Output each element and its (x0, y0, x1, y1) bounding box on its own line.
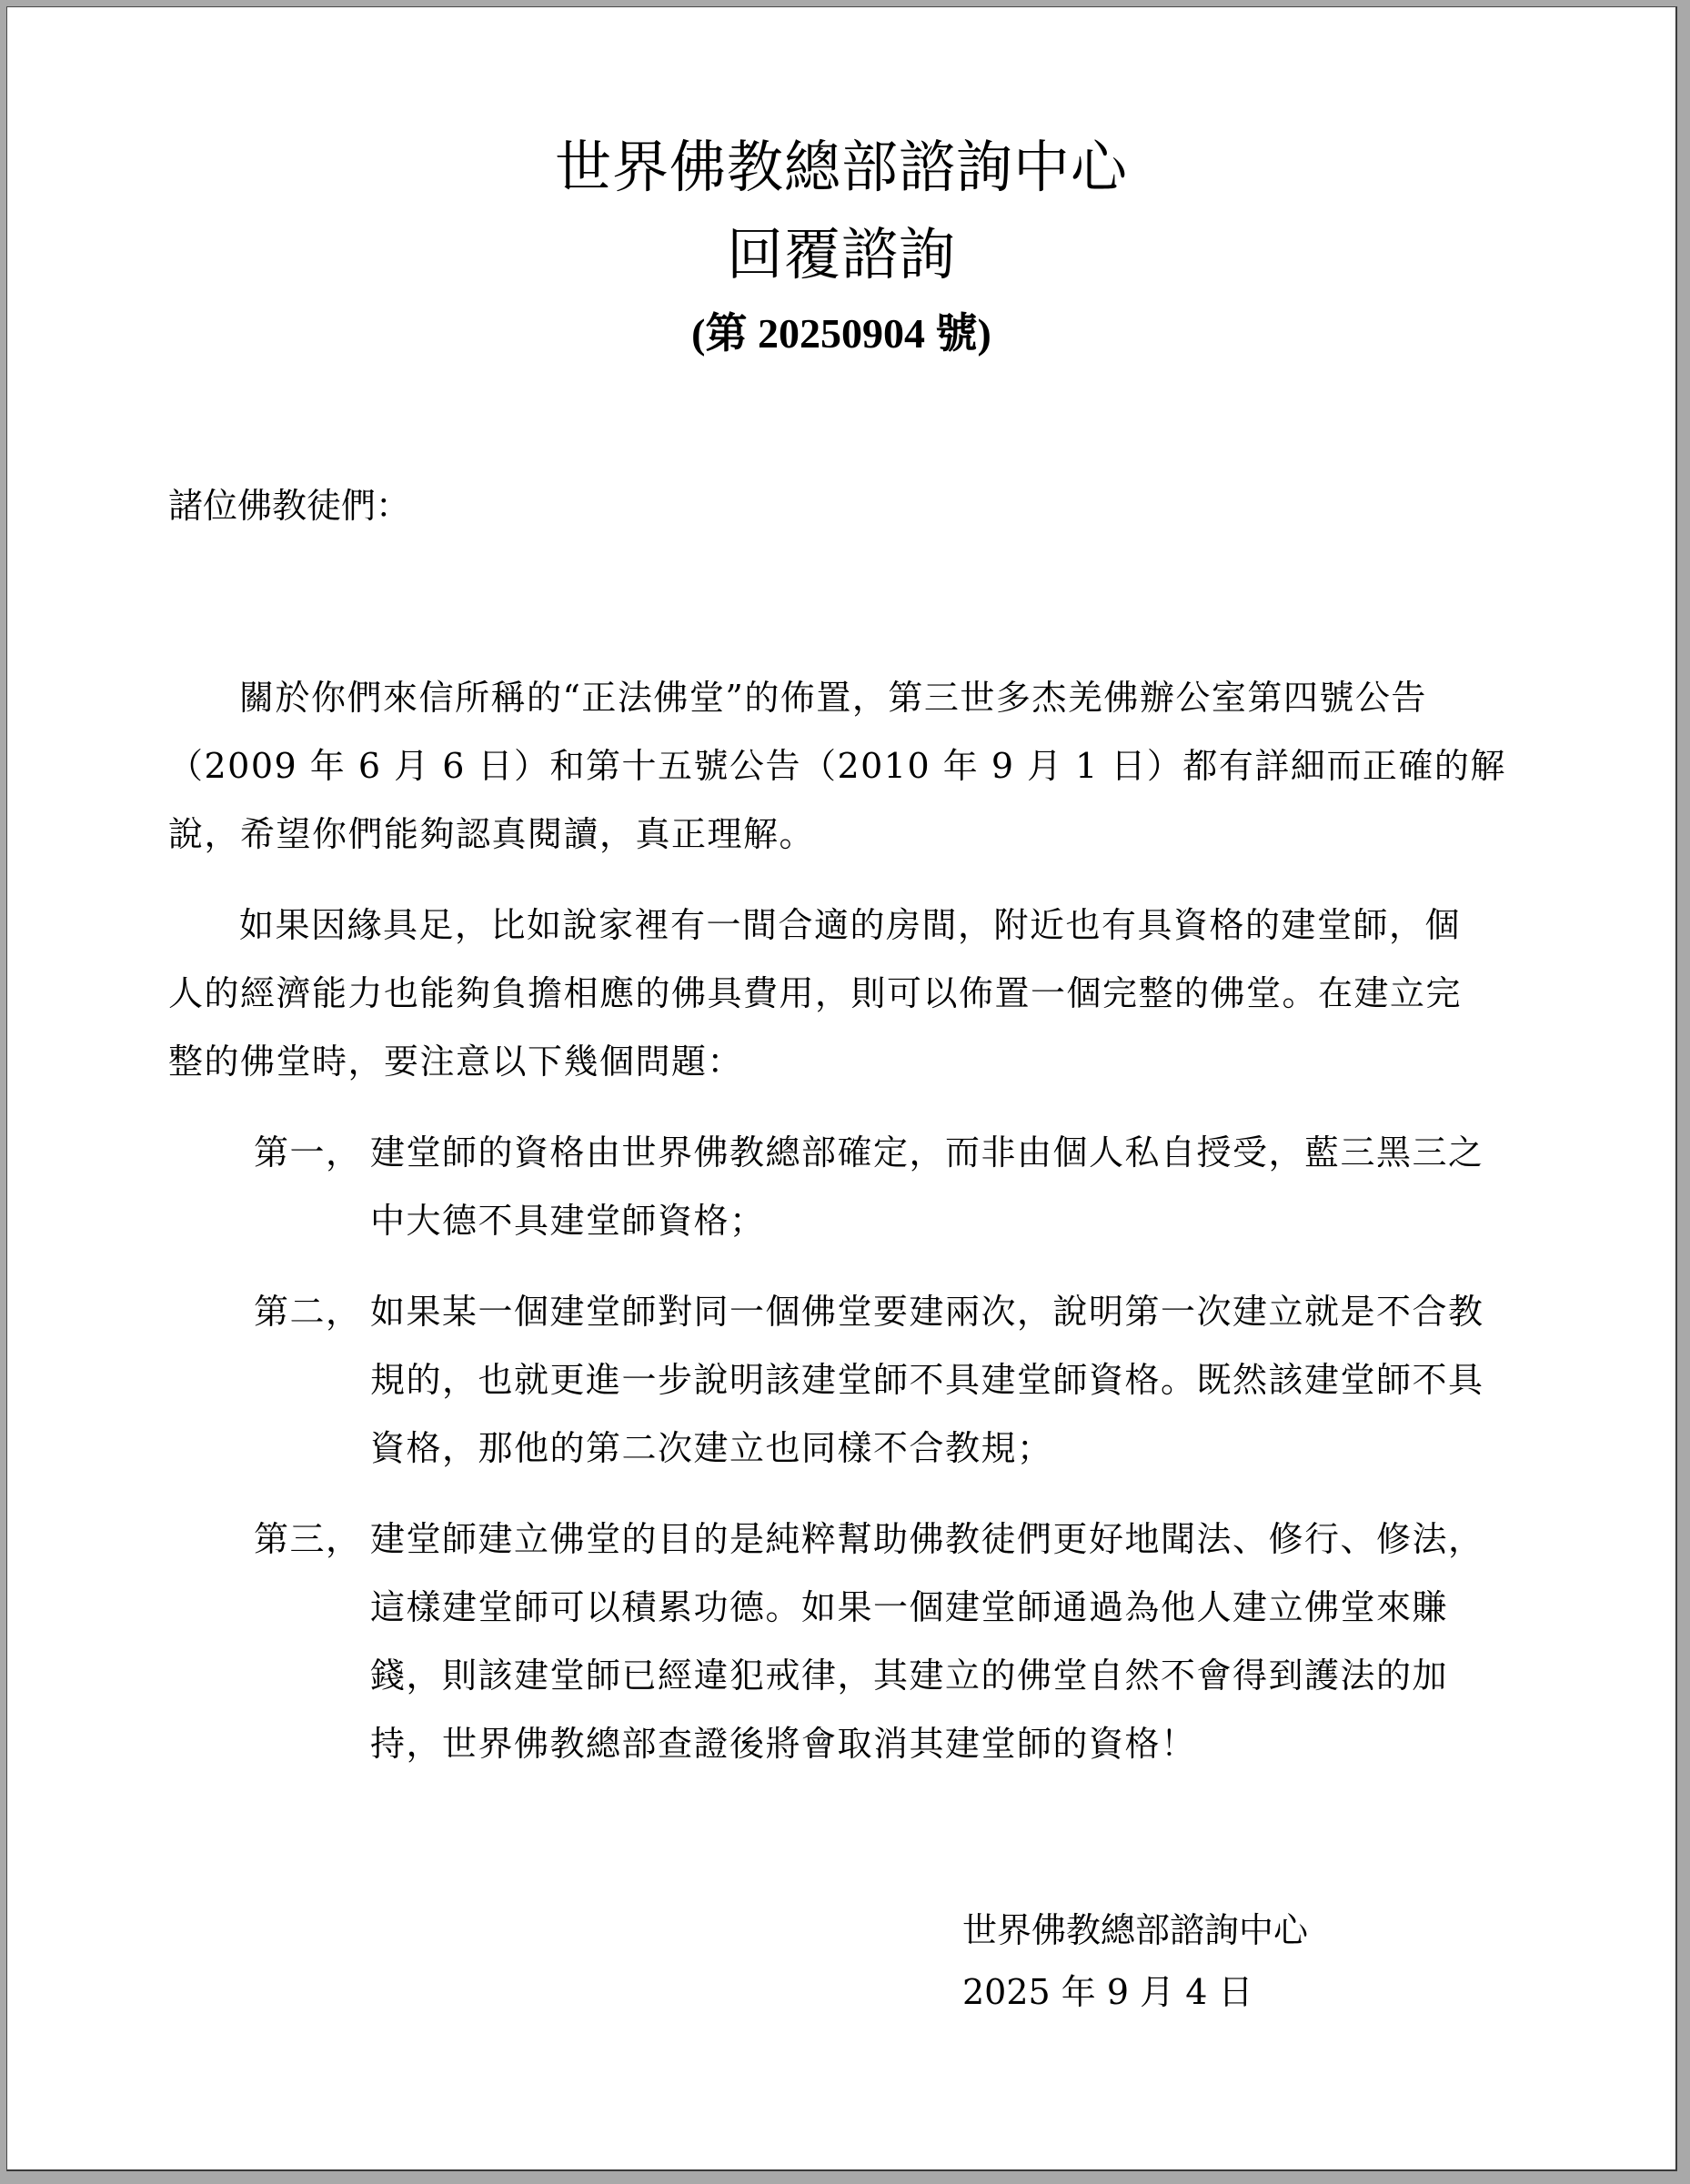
list-item-second: 第二， 如果某一個建堂師對同一個佛堂要建兩次，說明第一次建立就是不合教 規的，也… (168, 1278, 1533, 1483)
signature-date: 2025 年 9 月 4 日 (962, 1961, 1308, 2023)
list-item-line: 錢，則該建堂師已經違犯戒律，其建立的佛堂自然不會得到護法的加 (370, 1642, 1534, 1710)
list-item-line: 規的，也就更進一步說明該建堂師不具建堂師資格。既然該建堂師不具 (370, 1346, 1534, 1414)
numbered-points-list: 第一， 建堂師的資格由世界佛教總部確定，而非由個人私自授受，藍三黑三之 中大德不… (168, 1119, 1533, 1778)
list-item-body: 如果某一個建堂師對同一個佛堂要建兩次，說明第一次建立就是不合教 規的，也就更進一… (370, 1278, 1534, 1483)
greeting: 諸位佛教徒們： (168, 478, 410, 533)
document-title-reply: 回覆諮詢 (7, 211, 1675, 298)
list-item-line: 持，世界佛教總部查證後將會取消其建堂師的資格！ (370, 1710, 1534, 1778)
list-item-third: 第三， 建堂師建立佛堂的目的是純粹幫助佛教徒們更好地聞法、修行、修法， 這樣建堂… (168, 1505, 1533, 1778)
paragraph-line: 關於你們來信所稱的“正法佛堂”的佈置，第三世多杰羌佛辦公室第四號公告 (168, 664, 1533, 732)
list-item-body: 建堂師建立佛堂的目的是純粹幫助佛教徒們更好地聞法、修行、修法， 這樣建堂師可以積… (370, 1505, 1534, 1778)
list-item-label: 第三， (254, 1505, 370, 1574)
document-header: 世界佛教總部諮詢中心 回覆諮詢 (第 20250904 號) (7, 124, 1675, 369)
list-item-line: 這樣建堂師可以積累功德。如果一個建堂師通過為他人建立佛堂來賺 (370, 1574, 1534, 1642)
paragraph-line: 整的佛堂時，要注意以下幾個問題： (168, 1028, 1533, 1096)
document-page: 世界佛教總部諮詢中心 回覆諮詢 (第 20250904 號) 諸位佛教徒們： 關… (6, 6, 1677, 2171)
list-item-line: 中大德不具建堂師資格； (370, 1187, 1534, 1255)
paragraph-1: 關於你們來信所稱的“正法佛堂”的佈置，第三世多杰羌佛辦公室第四號公告 （2009… (168, 664, 1533, 869)
list-item-line: 建堂師建立佛堂的目的是純粹幫助佛教徒們更好地聞法、修行、修法， (370, 1505, 1534, 1574)
list-item-line: 如果某一個建堂師對同一個佛堂要建兩次，說明第一次建立就是不合教 (370, 1278, 1534, 1346)
document-title-organization: 世界佛教總部諮詢中心 (7, 124, 1675, 211)
list-item-line: 資格，那他的第二次建立也同樣不合教規； (370, 1414, 1534, 1483)
list-item-first: 第一， 建堂師的資格由世界佛教總部確定，而非由個人私自授受，藍三黑三之 中大德不… (168, 1119, 1533, 1255)
list-item-label: 第一， (254, 1119, 370, 1187)
document-number: (第 20250904 號) (7, 298, 1675, 369)
paragraph-line: 如果因緣具足，比如說家裡有一間合適的房間，附近也有具資格的建堂師，個 (168, 891, 1533, 960)
paragraph-2: 如果因緣具足，比如說家裡有一間合適的房間，附近也有具資格的建堂師，個 人的經濟能… (168, 891, 1533, 1096)
document-body: 關於你們來信所稱的“正法佛堂”的佈置，第三世多杰羌佛辦公室第四號公告 （2009… (168, 664, 1533, 1801)
list-item-body: 建堂師的資格由世界佛教總部確定，而非由個人私自授受，藍三黑三之 中大德不具建堂師… (370, 1119, 1534, 1255)
signature-block: 世界佛教總部諮詢中心 2025 年 9 月 4 日 (962, 1899, 1308, 2023)
paragraph-line: （2009 年 6 月 6 日）和第十五號公告（2010 年 9 月 1 日）都… (168, 732, 1533, 800)
list-item-line: 建堂師的資格由世界佛教總部確定，而非由個人私自授受，藍三黑三之 (370, 1119, 1534, 1187)
paragraph-line: 人的經濟能力也能夠負擔相應的佛具費用，則可以佈置一個完整的佛堂。在建立完 (168, 960, 1533, 1028)
paragraph-line: 說，希望你們能夠認真閱讀，真正理解。 (168, 800, 1533, 869)
list-item-label: 第二， (254, 1278, 370, 1346)
signature-organization: 世界佛教總部諮詢中心 (962, 1899, 1308, 1961)
